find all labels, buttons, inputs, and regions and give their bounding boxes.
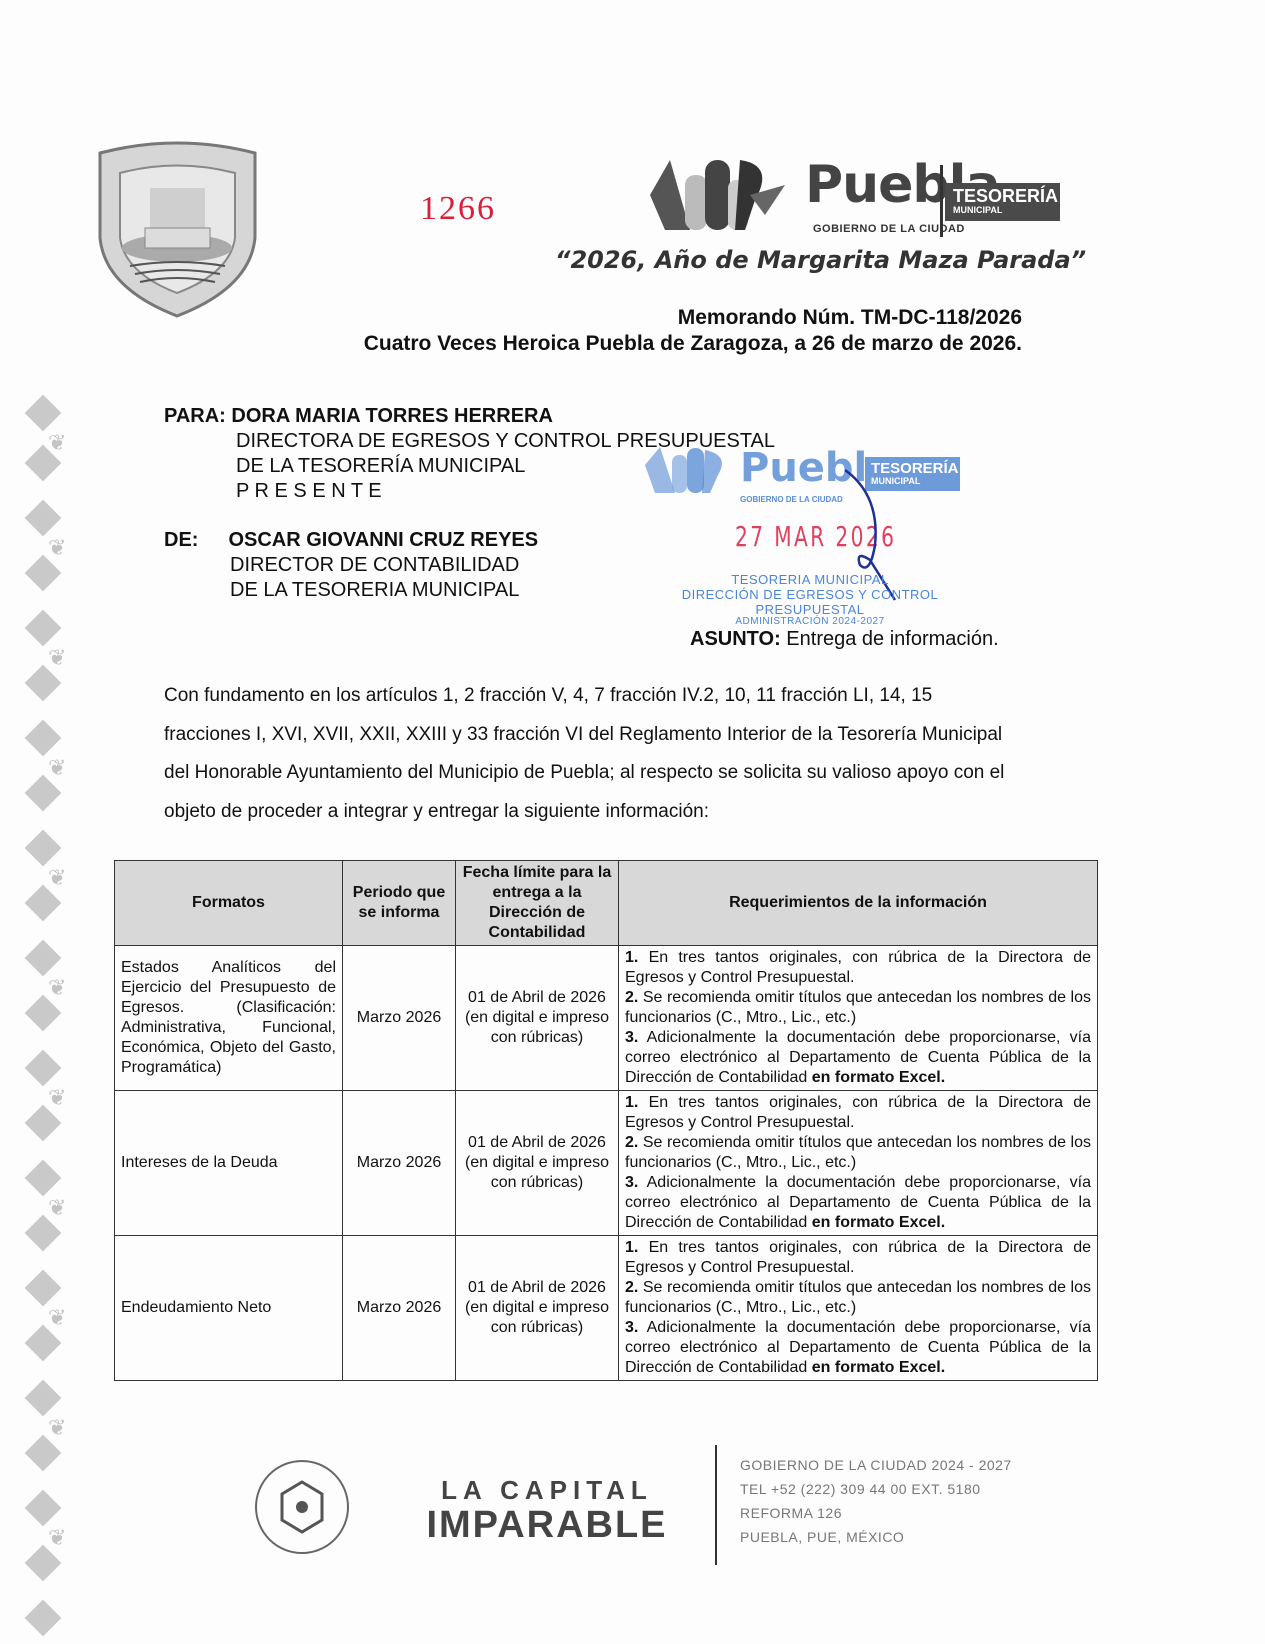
recipient-name: DORA MARIA TORRES HERRERA xyxy=(231,405,553,427)
city-crest-logo xyxy=(90,138,265,318)
folio-number: 1266 xyxy=(420,190,496,228)
table-row: Endeudamiento Neto Marzo 2026 01 de Abri… xyxy=(115,1236,1098,1381)
body-paragraph: Con fundamento en los artículos 1, 2 fra… xyxy=(164,677,1024,831)
year-slogan: “2026, Año de Margarita Maza Parada” xyxy=(555,246,1086,274)
cell-requerimientos: 1. En tres tantos originales, con rúbric… xyxy=(619,946,1098,1091)
equality-certification-seal xyxy=(255,1460,349,1554)
table-row: Estados Analíticos del Ejercicio del Pre… xyxy=(115,946,1098,1091)
puebla-tesoreria-logo: Puebla GOBIERNO DE LA CIUDAD TESORERÍA M… xyxy=(645,155,1075,240)
footer-contact-info: GOBIERNO DE LA CIUDAD 2024 - 2027 TEL +5… xyxy=(740,1453,1012,1549)
cell-formato: Endeudamiento Neto xyxy=(115,1236,343,1381)
table-row: Intereses de la Deuda Marzo 2026 01 de A… xyxy=(115,1091,1098,1236)
header-requerimientos: Requerimientos de la información xyxy=(619,861,1098,946)
brand-line-2: IMPARABLE xyxy=(392,1506,702,1544)
cell-fecha: 01 de Abril de 2026 (en digital e impres… xyxy=(456,946,619,1091)
header-formatos: Formatos xyxy=(115,861,343,946)
sender-name: OSCAR GIOVANNI CRUZ REYES xyxy=(228,529,538,551)
cell-periodo: Marzo 2026 xyxy=(343,1091,456,1236)
requirements-table: Formatos Periodo que se informa Fecha lí… xyxy=(114,860,1098,1381)
footer-divider xyxy=(715,1445,717,1565)
cell-formato: Estados Analíticos del Ejercicio del Pre… xyxy=(115,946,343,1091)
sender-label: DE: xyxy=(164,529,198,551)
logo-department-badge: TESORERÍA MUNICIPAL xyxy=(945,183,1060,221)
logo-divider xyxy=(940,165,943,237)
capital-imparable-logo: LA CAPITAL IMPARABLE xyxy=(392,1475,702,1544)
memo-number: Memorando Núm. TM-DC-118/2026 xyxy=(678,306,1022,330)
cell-requerimientos: 1. En tres tantos originales, con rúbric… xyxy=(619,1091,1098,1236)
stamp-emblem-icon xyxy=(640,445,735,495)
subject-text: Entrega de información. xyxy=(781,628,999,650)
sender-department: DE LA TESORERIA MUNICIPAL xyxy=(164,578,538,603)
city-emblem-icon xyxy=(645,155,795,235)
brand-line-1: LA CAPITAL xyxy=(392,1475,702,1506)
cell-periodo: Marzo 2026 xyxy=(343,1236,456,1381)
header-periodo: Periodo que se informa xyxy=(343,861,456,946)
table-header-row: Formatos Periodo que se informa Fecha lí… xyxy=(115,861,1098,946)
cell-fecha: 01 de Abril de 2026 (en digital e impres… xyxy=(456,1236,619,1381)
recipient-label: PARA: xyxy=(164,405,226,427)
subject-label: ASUNTO: xyxy=(690,628,781,650)
sender-title: DIRECTOR DE CONTABILIDAD xyxy=(164,553,538,578)
header-fecha-limite: Fecha límite para la entrega a la Direcc… xyxy=(456,861,619,946)
cell-periodo: Marzo 2026 xyxy=(343,946,456,1091)
place-and-date: Cuatro Veces Heroica Puebla de Zaragoza,… xyxy=(364,332,1022,356)
cell-requerimientos: 1. En tres tantos originales, con rúbric… xyxy=(619,1236,1098,1381)
received-stamp: Puebla GOBIERNO DE LA CIUDAD TESORERÍA M… xyxy=(640,440,970,650)
stamp-text: TESORERIA MUNICIPAL DIRECCIÓN DE EGRESOS… xyxy=(670,572,950,627)
cell-fecha: 01 de Abril de 2026 (en digital e impres… xyxy=(456,1091,619,1236)
decorative-border: ❦ ❦ ❦ ❦ ❦ ❦ ❦ ❦ ❦ ❦ ❦ xyxy=(0,390,75,1640)
subject-line: ASUNTO: Entrega de información. xyxy=(690,628,999,651)
stamp-logo: Puebla GOBIERNO DE LA CIUDAD TESORERÍA M… xyxy=(640,445,970,500)
sender-block: DE:OSCAR GIOVANNI CRUZ REYES DIRECTOR DE… xyxy=(164,528,538,603)
cell-formato: Intereses de la Deuda xyxy=(115,1091,343,1236)
